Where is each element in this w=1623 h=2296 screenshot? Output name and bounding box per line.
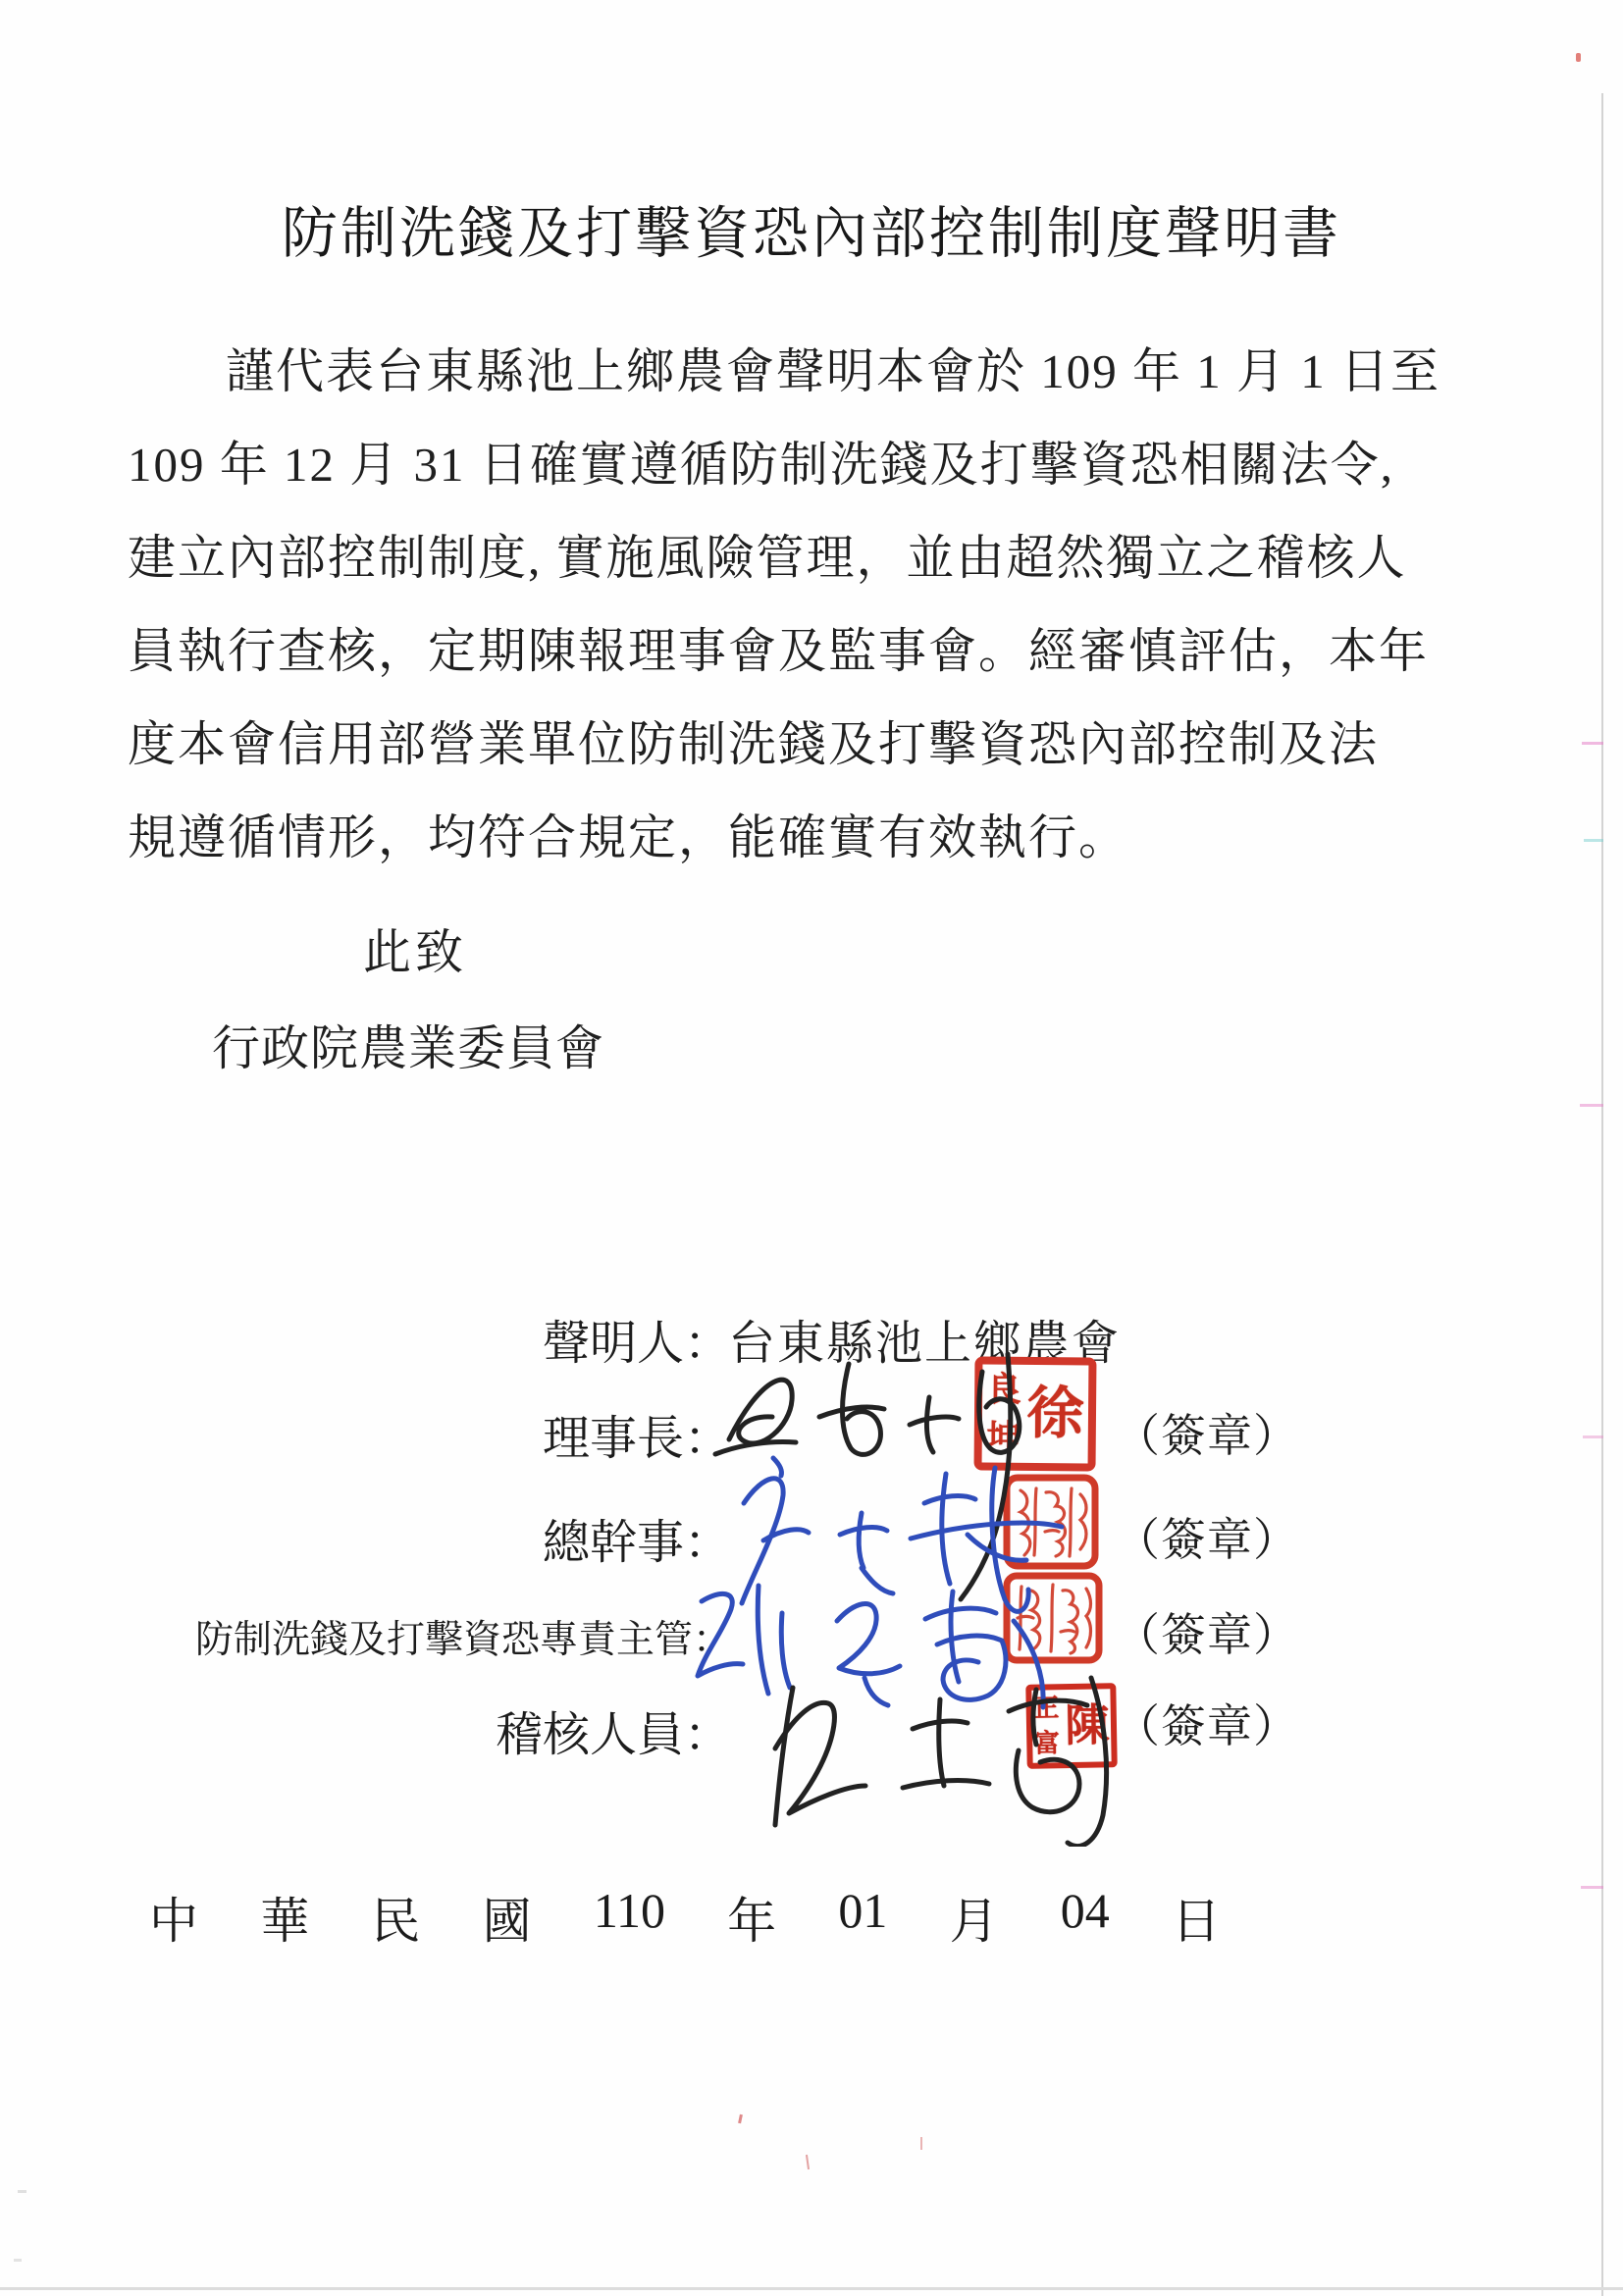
scan-artifact-right-edge — [1601, 93, 1603, 2296]
salutation: 此致 — [363, 914, 467, 983]
scan-artifact-tick — [1581, 1886, 1603, 1889]
scan-artifact-red-speck — [920, 2137, 922, 2150]
row-label-aml-officer: 防制洗錢及打擊資恐專責主管： — [195, 1609, 731, 1664]
scan-artifact-bottom-edge — [0, 2287, 1623, 2290]
date-year: 110 — [594, 1882, 665, 1953]
scan-artifact-tick — [1583, 1435, 1603, 1438]
body-line: 109 年 12 月 31 日確實遵循防制洗錢及打擊資恐相關法令, — [128, 418, 1501, 511]
date-char: 民 — [371, 1882, 420, 1953]
scan-artifact-red-speck — [1576, 53, 1581, 62]
date-char: 年 — [727, 1882, 776, 1953]
scan-artifact-tick — [1584, 839, 1603, 842]
date-char: 國 — [483, 1882, 532, 1953]
date-char: 日 — [1172, 1882, 1221, 1953]
body-line: 建立內部控制制度, 實施風險管理，並由超然獨立之稽核人 — [128, 511, 1501, 604]
body-paragraph: 謹代表台東縣池上鄉農會聲明本會於 109 年 1 月 1 日至 109 年 12… — [128, 325, 1501, 884]
date-day: 04 — [1061, 1882, 1110, 1953]
date-char: 中 — [149, 1882, 198, 1953]
scan-artifact-red-speck — [738, 2114, 743, 2123]
auditor-signature — [756, 1660, 1148, 1847]
scan-artifact-gray-dash — [18, 2190, 26, 2193]
stamp-note: （簽章） — [1115, 1400, 1299, 1465]
body-line: 規遵循情形，均符合規定，能確實有效執行。 — [128, 791, 1501, 884]
recipient-agency: 行政院農業委員會 — [212, 1011, 604, 1079]
scan-artifact-tick — [1582, 742, 1603, 745]
scan-artifact-tick — [1580, 1104, 1603, 1107]
scanned-declaration-page: 防制洗錢及打擊資恐內部控制制度聲明書 謹代表台東縣池上鄉農會聲明本會於 109 … — [0, 0, 1623, 2296]
date-line: 中 華 民 國 110 年 01 月 04 日 — [149, 1882, 1221, 1953]
document-title: 防制洗錢及打擊資恐內部控制制度聲明書 — [0, 188, 1623, 269]
stamp-note: （簽章） — [1115, 1599, 1299, 1664]
body-line: 員執行查核，定期陳報理事會及監事會。經審慎評估，本年 — [128, 604, 1501, 698]
scan-artifact-red-speck — [806, 2155, 810, 2169]
date-month: 01 — [838, 1882, 887, 1953]
date-char: 月 — [950, 1882, 999, 1953]
body-line: 謹代表台東縣池上鄉農會聲明本會於 109 年 1 月 1 日至 — [128, 325, 1501, 418]
date-char: 華 — [260, 1882, 309, 1953]
stamp-note: （簽章） — [1115, 1504, 1299, 1569]
scan-artifact-gray-dash — [14, 2259, 22, 2262]
body-line: 度本會信用部營業單位防制洗錢及打擊資恐內部控制及法 — [128, 698, 1501, 791]
